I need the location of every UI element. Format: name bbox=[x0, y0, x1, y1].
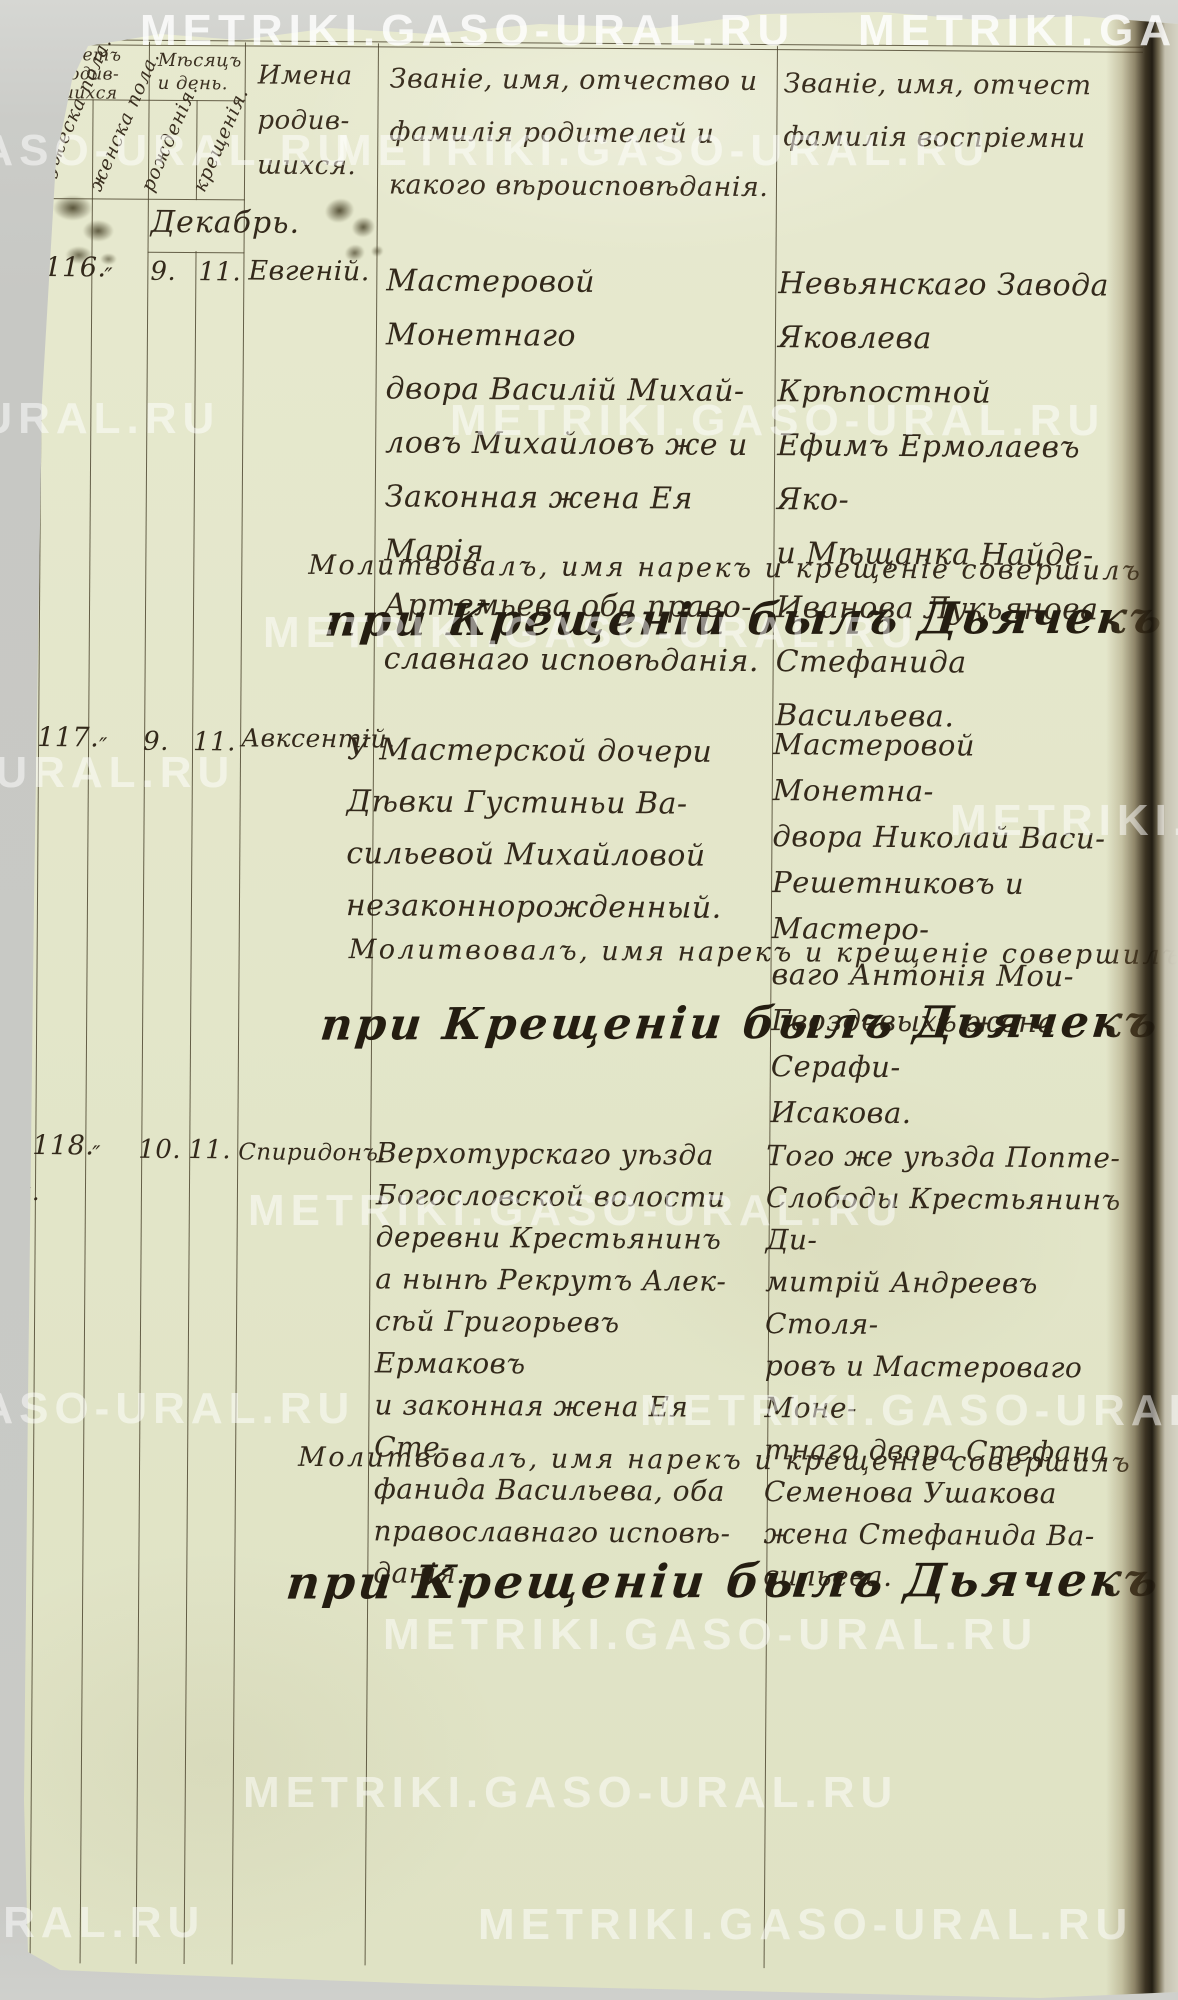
record-birth-day: 9. bbox=[143, 727, 169, 757]
grid-line bbox=[30, 41, 44, 1969]
record-prayer-line: Молитвовалъ, имя нарекъ и крещеніе совер… bbox=[298, 1442, 1132, 1479]
table-grid: Счетъ родив- шихся Мѣсяцъ и день. мужеск… bbox=[0, 0, 1178, 2000]
scanned-metric-book-page: { "watermark": { "text": "METRIKI.GASO-U… bbox=[0, 0, 1178, 2000]
record-godparents-text: Невьянскаго Завода Яковлева Крѣпостной Е… bbox=[775, 257, 1150, 746]
record-baptism-day: 11. bbox=[188, 1135, 231, 1165]
record-witness-line: при Крещеніи былъ Дьячекъ Георгій bbox=[318, 996, 1178, 1051]
register-page: Счетъ родив- шихся Мѣсяцъ и день. мужеск… bbox=[0, 0, 1178, 2000]
grid-line bbox=[42, 198, 245, 200]
record-birth-day: 9. bbox=[150, 257, 176, 287]
record-female-ditto: ″ bbox=[92, 1142, 101, 1167]
record-number: 118. bbox=[32, 1130, 94, 1161]
month-label: Декабрь. bbox=[151, 205, 301, 241]
grid-line bbox=[136, 42, 150, 1964]
record-number: 117. bbox=[37, 722, 99, 753]
page-binding-fold bbox=[1106, 0, 1178, 2000]
grid-line bbox=[184, 251, 197, 1964]
record-witness-line: при Крещеніи былъ Дьячекъ Георгій bbox=[323, 592, 1178, 647]
record-parents-text: У Мастерской дочери Дѣвки Густиньи Ва- с… bbox=[346, 724, 757, 935]
header-parents-column: Званіе, имя, отчество и фамилія родителе… bbox=[389, 52, 770, 214]
record-godparents-text: Мастеровой Монетна- двора Николай Васи- … bbox=[770, 721, 1145, 1138]
record-baptism-day: 11. bbox=[193, 727, 236, 757]
grid-line bbox=[43, 39, 1143, 48]
record-number: 116. bbox=[44, 252, 106, 283]
record-child-name: Евгеній. bbox=[248, 255, 370, 287]
header-names-column: Имена родив- шихся. bbox=[257, 54, 357, 190]
record-female-ditto: ″ bbox=[99, 734, 108, 759]
record-parents-text: Верхотурскаго уѣзда Богословской волости… bbox=[373, 1132, 764, 1597]
record-child-name: Спиридонъ. bbox=[238, 1139, 386, 1166]
record-prayer-line: Молитвовалъ, имя нарекъ и крещеніе совер… bbox=[349, 934, 1178, 971]
grid-line bbox=[80, 99, 94, 1963]
record-witness-line: при Крещеніи былъ Дьячекъ Георгій bbox=[284, 1552, 1178, 1610]
record-baptism-day: 11. bbox=[198, 257, 241, 287]
record-birth-day: 10. bbox=[138, 1135, 181, 1165]
grid-line bbox=[232, 42, 246, 1964]
record-prayer-line: Молитвовалъ, имя нарекъ и крещеніе совер… bbox=[308, 550, 1142, 587]
record-check-mark: х. bbox=[18, 1178, 40, 1206]
record-godparents-text: Того же уѣзда Попте- Слободы Крестьянинъ… bbox=[763, 1135, 1142, 1600]
record-female-ditto: ″ bbox=[104, 264, 113, 289]
